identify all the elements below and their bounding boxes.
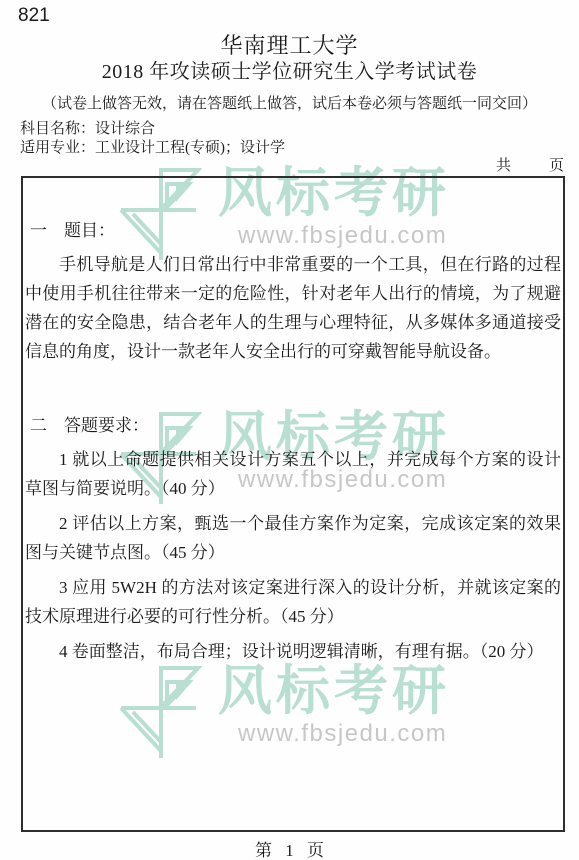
applicable-major-value: 工业设计工程(专硕)；设计学 [95,140,285,156]
page-number-footer: 第 1 页 [0,836,579,860]
exam-paper-page: 风标考研 www.fbsjedu.com 风标考研 www.fbsjedu.co… [0,0,579,860]
total-pages-line: 共页 [496,154,564,175]
subject-name-label: 科目名称： [20,121,95,137]
subject-code: 821 [18,5,50,27]
subject-name-value: 设计综合 [95,121,155,137]
exam-notice: （试卷上做答无效，请在答题纸上做答，试后本卷必须与答题纸一同交回） [0,92,579,113]
applicable-major-line: 适用专业：工业设计工程(专硕)；设计学 [20,136,285,157]
requirement-item-4: 4 卷面整洁，布局合理；设计说明逻辑清晰，有理有据。（20 分） [25,637,561,666]
section2-heading: 二 答题要求： [25,411,561,440]
total-pages-prefix: 共 [496,158,511,174]
document-content: 821 华南理工大学 2018 年攻读硕士学位研究生入学考试试卷 （试卷上做答无… [0,0,579,860]
applicable-major-label: 适用专业： [20,140,95,156]
question-box: 一 题目： 手机导航是人们日常出行中非常重要的一个工具，但在行路的过程中使用手机… [21,176,565,832]
total-pages-suffix: 页 [549,158,564,174]
requirement-item-3: 3 应用 5W2H 的方法对该定案进行深入的设计分析，并就该定案的技术原理进行必… [25,573,561,631]
subject-name-line: 科目名称：设计综合 [20,117,155,138]
exam-title: 2018 年攻读硕士学位研究生入学考试试卷 [0,55,579,84]
requirement-item-2: 2 评估以上方案，甄选一个最佳方案作为定案，完成该定案的效果图与关键节点图。（4… [25,509,561,567]
section1-heading: 一 题目： [25,216,561,245]
section1-paragraph: 手机导航是人们日常出行中非常重要的一个工具，但在行路的过程中使用手机往往带来一定… [25,250,561,366]
requirement-item-1: 1 就以上命题提供相关设计方案五个以上，并完成每个方案的设计草图与简要说明。（4… [25,445,561,503]
